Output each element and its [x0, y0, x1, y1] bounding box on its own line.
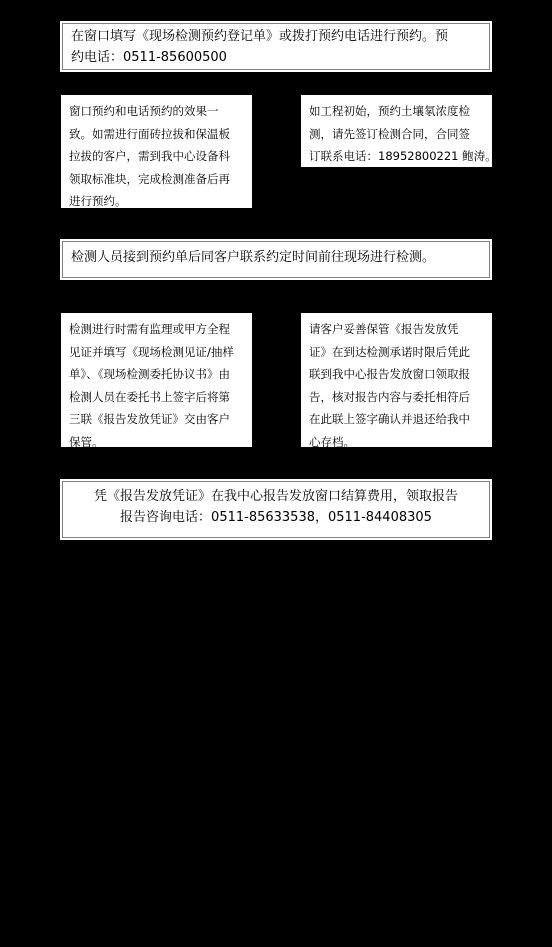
step-2-left-line-4: 领取标准块，完成检测准备后再 [69, 168, 246, 191]
step-4-right-line-2: 证》在到达检测承诺时限后凭此 [309, 341, 486, 364]
step-2-left-line-2: 致。如需进行面砖拉拔和保温板 [69, 123, 246, 146]
step-4-left-line-5: 三联《报告发放凭证》交由客户 [69, 408, 246, 431]
step-2-right-line-1: 如工程初始，预约土壤氡浓度检 [309, 100, 486, 123]
step-4-right-line-6: 心存档。 [309, 431, 486, 454]
step-2-left-text: 窗口预约和电话预约的效果一 致。如需进行面砖拉拔和保温板 拉拔的客户，需到我中心… [69, 100, 246, 213]
step-4-left-line-1: 检测进行时需有监理或甲方全程 [69, 318, 246, 341]
step-5-line-2: 报告咨询电话：0511-85633538，0511-84408305 [67, 507, 485, 528]
step-2-right-text: 如工程初始，预约土壤氡浓度检 测，请先签订检测合同，合同签 订联系电话：1895… [309, 100, 486, 168]
step-1-line-2: 约电话：0511-85600500 [71, 47, 485, 68]
step-2-left-box: 窗口预约和电话预约的效果一 致。如需进行面砖拉拔和保温板 拉拔的客户，需到我中心… [61, 95, 252, 208]
step-3-line-1: 检测人员接到预约单后同客户联系约定时间前往现场进行检测。 [71, 247, 485, 268]
step-4-left-line-3: 单》、《现场检测委托协议书》由 [69, 363, 246, 386]
step-4-right-text: 请客户妥善保管《报告发放凭 证》在到达检测承诺时限后凭此 联到我中心报告发放窗口… [309, 318, 486, 453]
step-4-left-line-6: 保管。 [69, 431, 246, 454]
step-4-left-box: 检测进行时需有监理或甲方全程 见证并填写《现场检测见证/抽样 单》、《现场检测委… [61, 313, 252, 447]
step-3-box: 检测人员接到预约单后同客户联系约定时间前往现场进行检测。 [60, 239, 492, 280]
step-4-left-line-4: 检测人员在委托书上签字后将第 [69, 386, 246, 409]
step-2-right-box: 如工程初始，预约土壤氡浓度检 测，请先签订检测合同，合同签 订联系电话：1895… [301, 95, 492, 167]
step-1-line-1: 在窗口填写《现场检测预约登记单》或拨打预约电话进行预约。预 [71, 26, 485, 47]
step-4-right-box: 请客户妥善保管《报告发放凭 证》在到达检测承诺时限后凭此 联到我中心报告发放窗口… [301, 313, 492, 447]
step-4-right-line-4: 告，核对报告内容与委托相符后 [309, 386, 486, 409]
step-4-right-line-3: 联到我中心报告发放窗口领取报 [309, 363, 486, 386]
step-2-left-line-3: 拉拔的客户，需到我中心设备科 [69, 145, 246, 168]
step-4-left-line-2: 见证并填写《现场检测见证/抽样 [69, 341, 246, 364]
step-2-left-line-1: 窗口预约和电话预约的效果一 [69, 100, 246, 123]
step-2-right-line-3: 订联系电话：18952800221 鲍涛。 [309, 145, 486, 168]
step-3-text: 检测人员接到预约单后同客户联系约定时间前往现场进行检测。 [71, 247, 485, 268]
step-2-right-line-2: 测，请先签订检测合同，合同签 [309, 123, 486, 146]
step-4-left-text: 检测进行时需有监理或甲方全程 见证并填写《现场检测见证/抽样 单》、《现场检测委… [69, 318, 246, 453]
step-5-line-1: 凭《报告发放凭证》在我中心报告发放窗口结算费用，领取报告 [67, 486, 485, 507]
step-1-text: 在窗口填写《现场检测预约登记单》或拨打预约电话进行预约。预 约电话：0511-8… [71, 26, 485, 68]
step-2-left-line-5: 进行预约。 [69, 190, 246, 213]
step-4-right-line-1: 请客户妥善保管《报告发放凭 [309, 318, 486, 341]
step-1-box: 在窗口填写《现场检测预约登记单》或拨打预约电话进行预约。预 约电话：0511-8… [60, 21, 492, 72]
step-5-box: 凭《报告发放凭证》在我中心报告发放窗口结算费用，领取报告 报告咨询电话：0511… [60, 479, 492, 540]
step-4-right-line-5: 在此联上签字确认并退还给我中 [309, 408, 486, 431]
step-5-text: 凭《报告发放凭证》在我中心报告发放窗口结算费用，领取报告 报告咨询电话：0511… [67, 486, 485, 528]
